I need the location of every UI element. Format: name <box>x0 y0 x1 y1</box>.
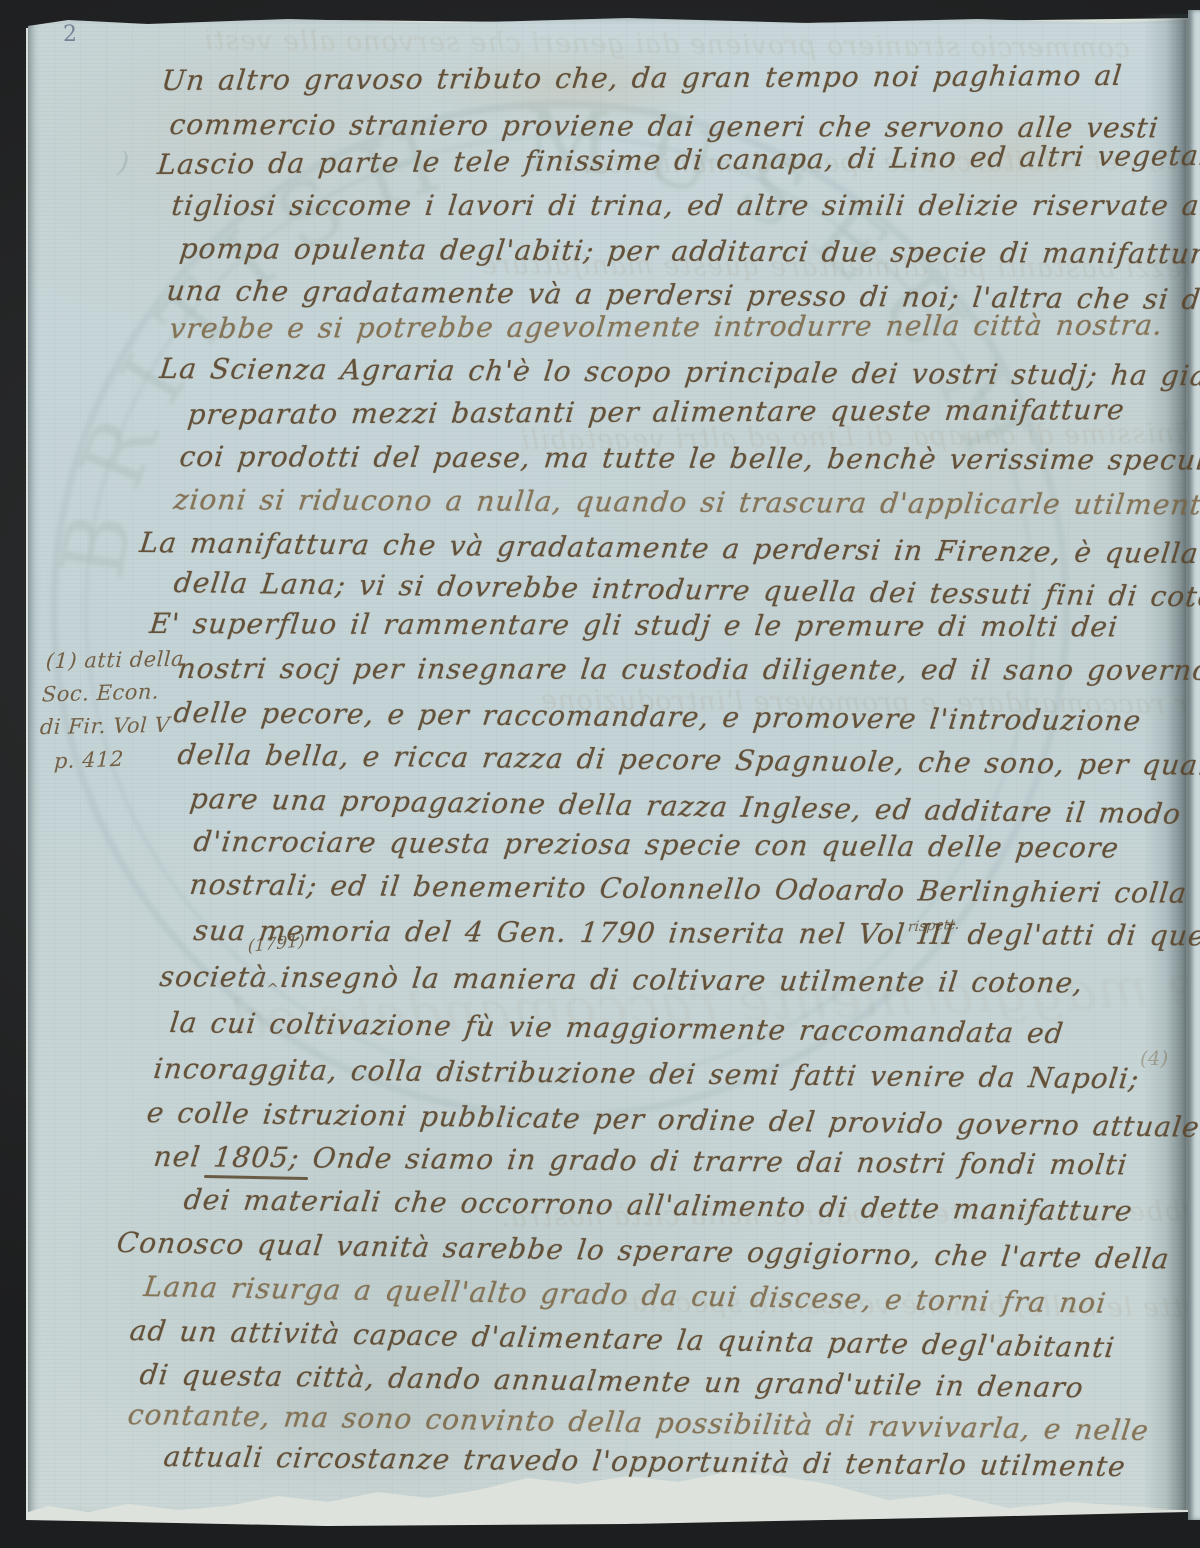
manuscript-line: preparato mezzi bastanti per alimentare … <box>186 393 1126 431</box>
manuscript-line: coi prodotti del paese, ma tutte le bell… <box>178 440 1200 477</box>
manuscript-line: d'incrociare questa preziosa specie con … <box>192 825 1121 864</box>
manuscript-line: E' superfluo il rammentare gli studj e l… <box>148 607 1120 643</box>
margin-note-line: (1) atti della <box>45 647 184 673</box>
manuscript-line: tigliosi siccome i lavori di trina, ed a… <box>170 189 1200 222</box>
showthrough-text: commercio straniero proviene dai generi … <box>430 27 1130 64</box>
manuscript-line: zioni si riducono a nulla, quando si tra… <box>172 483 1200 522</box>
margin-note-line: p. 412 <box>54 747 125 773</box>
showthrough-mark: (4) <box>1140 1046 1168 1070</box>
interlinear-insertion: rispett. <box>907 917 960 936</box>
manuscript-line: pompa opulenta degl'abiti; per additarci… <box>178 232 1200 270</box>
margin-note-line: di Fir. Vol V <box>39 713 171 739</box>
margin-note-line: Soc. Econ. <box>41 679 159 706</box>
manuscript-line: società insegnò la maniera di coltivare … <box>158 960 1085 999</box>
scanned-manuscript-photo: BRITISH MUSEUM commercio straniero provi… <box>0 0 1200 1548</box>
manuscript-line: vrebbe e si potrebbe agevolmente introdu… <box>168 309 1165 345</box>
insertion-caret: ^ <box>265 980 280 998</box>
manuscript-line: commercio straniero proviene dai generi … <box>168 108 1161 144</box>
manuscript-line: nostri socj per insegnare la custodia di… <box>176 652 1200 687</box>
manuscript-line: Un altro gravoso tributo che, da gran te… <box>160 59 1124 97</box>
folio-number: 2 <box>63 22 77 47</box>
manuscript-line: sua memoria del 4 Gen. 1790 inserita nel… <box>192 914 1200 953</box>
